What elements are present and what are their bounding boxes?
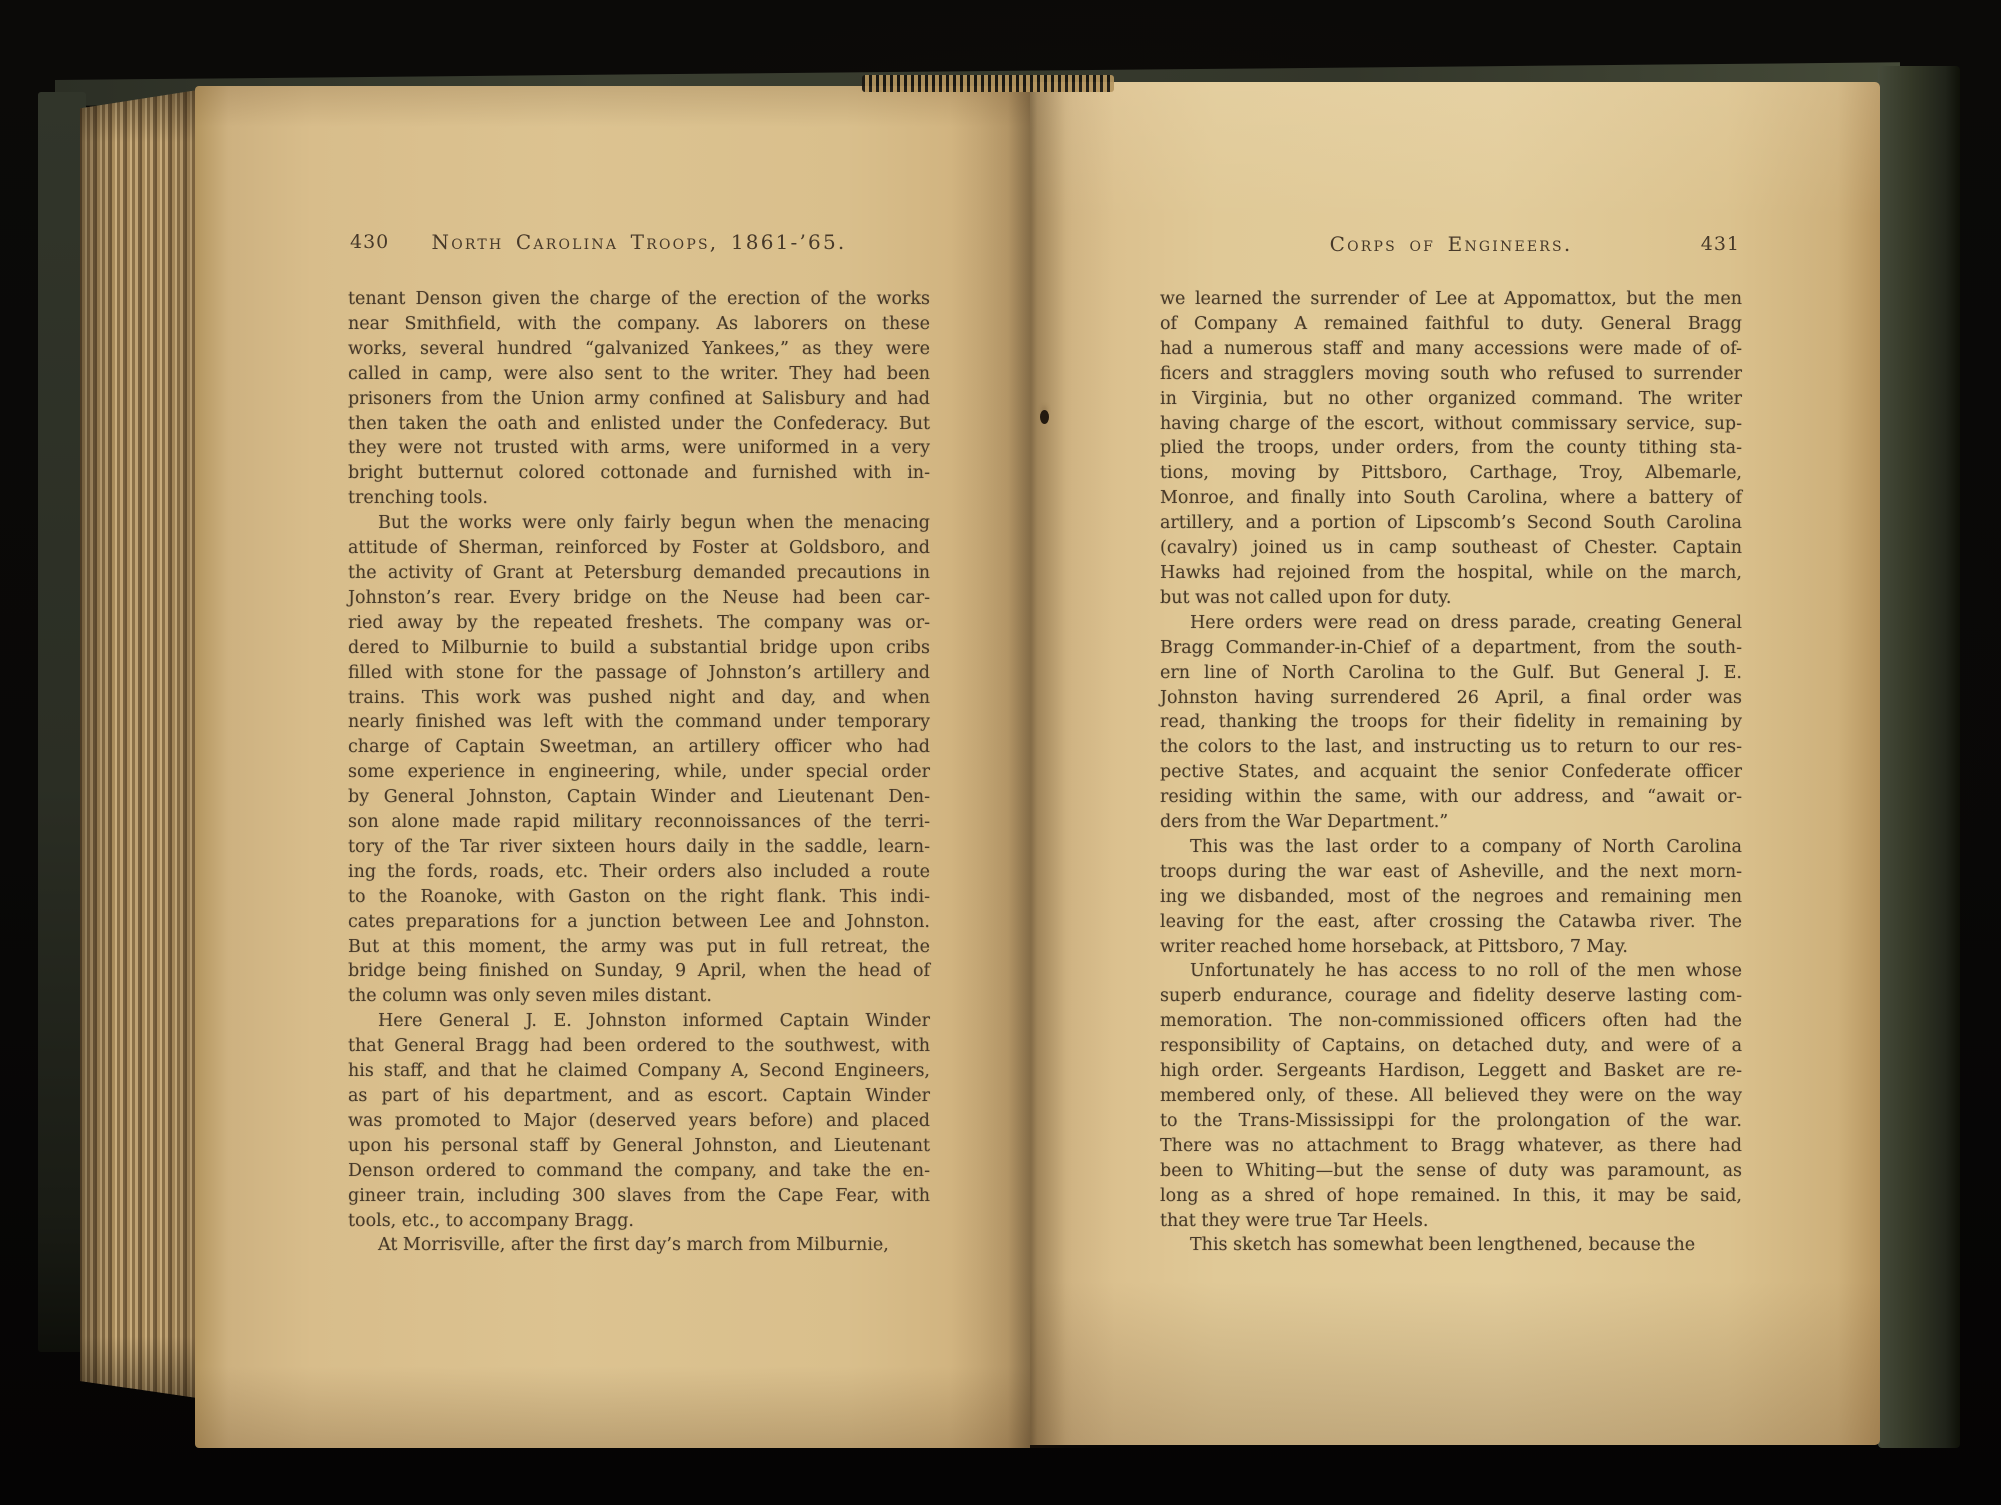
text-line: Johnston having surrendered 26 April, a … — [1160, 686, 1742, 711]
text-line: But the works were only fairly begun whe… — [348, 511, 930, 536]
text-line: the column was only seven miles distant. — [348, 984, 930, 1009]
text-line: by General Johnston, Captain Winder and … — [348, 785, 930, 810]
left-running-title: North Carolina Troops, 1861-’65. — [348, 230, 930, 254]
paragraph: we learned the surrender of Lee at Appom… — [1160, 287, 1742, 611]
text-line: ried away by the repeated freshets. The … — [348, 611, 930, 636]
text-line: had a numerous staff and many accessions… — [1160, 337, 1742, 362]
text-line: in Virginia, but no other organized comm… — [1160, 387, 1742, 412]
text-line: ern line of North Carolina to the Gulf. … — [1160, 661, 1742, 686]
left-page-number: 430 — [350, 231, 389, 253]
text-line: artillery, and a portion of Lipscomb’s S… — [1160, 511, 1742, 536]
paragraph: Unfortunately he has access to no roll o… — [1160, 959, 1742, 1233]
text-line: ing the fords, roads, etc. Their orders … — [348, 860, 930, 885]
text-line: some experience in engineering, while, u… — [348, 760, 930, 785]
text-line: There was no attachment to Bragg whateve… — [1160, 1134, 1742, 1159]
page-stack-left-edge — [80, 90, 198, 1402]
text-line: they were not trusted with arms, were un… — [348, 436, 930, 461]
text-line: to the Trans-Mississippi for the prolong… — [1160, 1109, 1742, 1134]
text-line: was promoted to Major (deserved years be… — [348, 1109, 930, 1134]
text-line: ders from the War Department.” — [1160, 810, 1742, 835]
left-page-header: 430 North Carolina Troops, 1861-’65. — [348, 230, 930, 258]
text-line: This was the last order to a company of … — [1160, 835, 1742, 860]
text-line: upon his personal staff by General Johns… — [348, 1134, 930, 1159]
text-line: ficers and stragglers moving south who r… — [1160, 362, 1742, 387]
left-page: 430 North Carolina Troops, 1861-’65. ten… — [195, 86, 1030, 1448]
text-line: that they were true Tar Heels. — [1160, 1209, 1742, 1234]
text-line: of Company A remained faithful to duty. … — [1160, 312, 1742, 337]
text-line: Johnston’s rear. Every bridge on the Neu… — [348, 586, 930, 611]
text-line: as part of his department, and as escort… — [348, 1084, 930, 1109]
text-line: bright butternut colored cottonade and f… — [348, 461, 930, 486]
right-running-title: Corps of Engineers. — [1160, 232, 1742, 256]
text-line: plied the troops, under orders, from the… — [1160, 436, 1742, 461]
text-line: membered only, of these. All believed th… — [1160, 1084, 1742, 1109]
text-line: writer reached home horseback, at Pittsb… — [1160, 935, 1742, 960]
left-page-body-text: tenant Denson given the charge of the er… — [348, 287, 930, 1258]
text-line: leaving for the east, after crossing the… — [1160, 910, 1742, 935]
text-line: gineer train, including 300 slaves from … — [348, 1184, 930, 1209]
text-line: tools, etc., to accompany Bragg. — [348, 1209, 930, 1234]
text-line: near Smithfield, with the company. As la… — [348, 312, 930, 337]
paragraph: Here General J. E. Johnston informed Cap… — [348, 1009, 930, 1233]
text-line: son alone made rapid military reconnoiss… — [348, 810, 930, 835]
text-line: (cavalry) joined us in camp southeast of… — [1160, 536, 1742, 561]
book-cover-right-edge — [1878, 66, 1960, 1448]
text-line: bridge being finished on Sunday, 9 April… — [348, 959, 930, 984]
text-line: Unfortunately he has access to no roll o… — [1160, 959, 1742, 984]
book-cover-left-edge — [38, 92, 86, 1352]
text-line: prisoners from the Union army confined a… — [348, 387, 930, 412]
text-line: his staff, and that he claimed Company A… — [348, 1059, 930, 1084]
text-line: memoration. The non-commissioned officer… — [1160, 1009, 1742, 1034]
text-line: nearly finished was left with the comman… — [348, 710, 930, 735]
right-page-body-text: we learned the surrender of Lee at Appom… — [1160, 287, 1742, 1258]
text-line: ing we disbanded, most of the negroes an… — [1160, 885, 1742, 910]
text-line: residing within the same, with our addre… — [1160, 785, 1742, 810]
binding-threads — [862, 75, 1114, 92]
text-line: works, several hundred “galvanized Yanke… — [348, 337, 930, 362]
text-line: tions, moving by Pittsboro, Carthage, Tr… — [1160, 461, 1742, 486]
text-line: been to Whiting—but the sense of duty wa… — [1160, 1159, 1742, 1184]
text-line: troops during the war east of Asheville,… — [1160, 860, 1742, 885]
text-line: charge of Captain Sweetman, an artillery… — [348, 735, 930, 760]
text-line: that General Bragg had been ordered to t… — [348, 1034, 930, 1059]
text-line: to the Roanoke, with Gaston on the right… — [348, 885, 930, 910]
text-line: responsibility of Captains, on detached … — [1160, 1034, 1742, 1059]
text-line: then taken the oath and enlisted under t… — [348, 412, 930, 437]
book-photo: { "photo": { "background_color": "#07060… — [0, 0, 2001, 1505]
text-line: This sketch has somewhat been lengthened… — [1160, 1233, 1742, 1258]
photo-background: 430 North Carolina Troops, 1861-’65. ten… — [0, 0, 2001, 1505]
right-page-header: Corps of Engineers. 431 — [1160, 232, 1742, 260]
text-line: Hawks had rejoined from the hospital, wh… — [1160, 561, 1742, 586]
text-line: the colors to the last, and instructing … — [1160, 735, 1742, 760]
text-line: Here orders were read on dress parade, c… — [1160, 611, 1742, 636]
text-line: But at this moment, the army was put in … — [348, 935, 930, 960]
text-line: cates preparations for a junction betwee… — [348, 910, 930, 935]
text-line: read, thanking the troops for their fide… — [1160, 710, 1742, 735]
paragraph: This was the last order to a company of … — [1160, 835, 1742, 960]
paragraph: tenant Denson given the charge of the er… — [348, 287, 930, 511]
text-line: long as a shred of hope remained. In thi… — [1160, 1184, 1742, 1209]
text-line: trenching tools. — [348, 486, 930, 511]
text-line: Here General J. E. Johnston informed Cap… — [348, 1009, 930, 1034]
text-line: Bragg Commander-in-Chief of a department… — [1160, 636, 1742, 661]
text-line: pective States, and acquaint the senior … — [1160, 760, 1742, 785]
text-line: At Morrisville, after the first day’s ma… — [348, 1233, 930, 1258]
text-line: having charge of the escort, without com… — [1160, 412, 1742, 437]
text-line: high order. Sergeants Hardison, Leggett … — [1160, 1059, 1742, 1084]
text-line: trains. This work was pushed night and d… — [348, 686, 930, 711]
text-line: tenant Denson given the charge of the er… — [348, 287, 930, 312]
text-line: superb endurance, courage and fidelity d… — [1160, 984, 1742, 1009]
text-line: but was not called upon for duty. — [1160, 586, 1742, 611]
text-line: filled with stone for the passage of Joh… — [348, 661, 930, 686]
text-line: tory of the Tar river sixteen hours dail… — [348, 835, 930, 860]
text-line: Denson ordered to command the company, a… — [348, 1159, 930, 1184]
paragraph: Here orders were read on dress parade, c… — [1160, 611, 1742, 835]
paragraph: This sketch has somewhat been lengthened… — [1160, 1233, 1742, 1258]
text-line: Monroe, and finally into South Carolina,… — [1160, 486, 1742, 511]
paragraph: But the works were only fairly begun whe… — [348, 511, 930, 1009]
text-line: the activity of Grant at Petersburg dema… — [348, 561, 930, 586]
text-line: we learned the surrender of Lee at Appom… — [1160, 287, 1742, 312]
text-line: called in camp, were also sent to the wr… — [348, 362, 930, 387]
right-page-number: 431 — [1701, 233, 1740, 255]
text-line: dered to Milburnie to build a substantia… — [348, 636, 930, 661]
gutter-wormhole — [1040, 410, 1049, 424]
text-line: attitude of Sherman, reinforced by Foste… — [348, 536, 930, 561]
right-page: Corps of Engineers. 431 we learned the s… — [1030, 82, 1880, 1445]
paragraph: At Morrisville, after the first day’s ma… — [348, 1233, 930, 1258]
